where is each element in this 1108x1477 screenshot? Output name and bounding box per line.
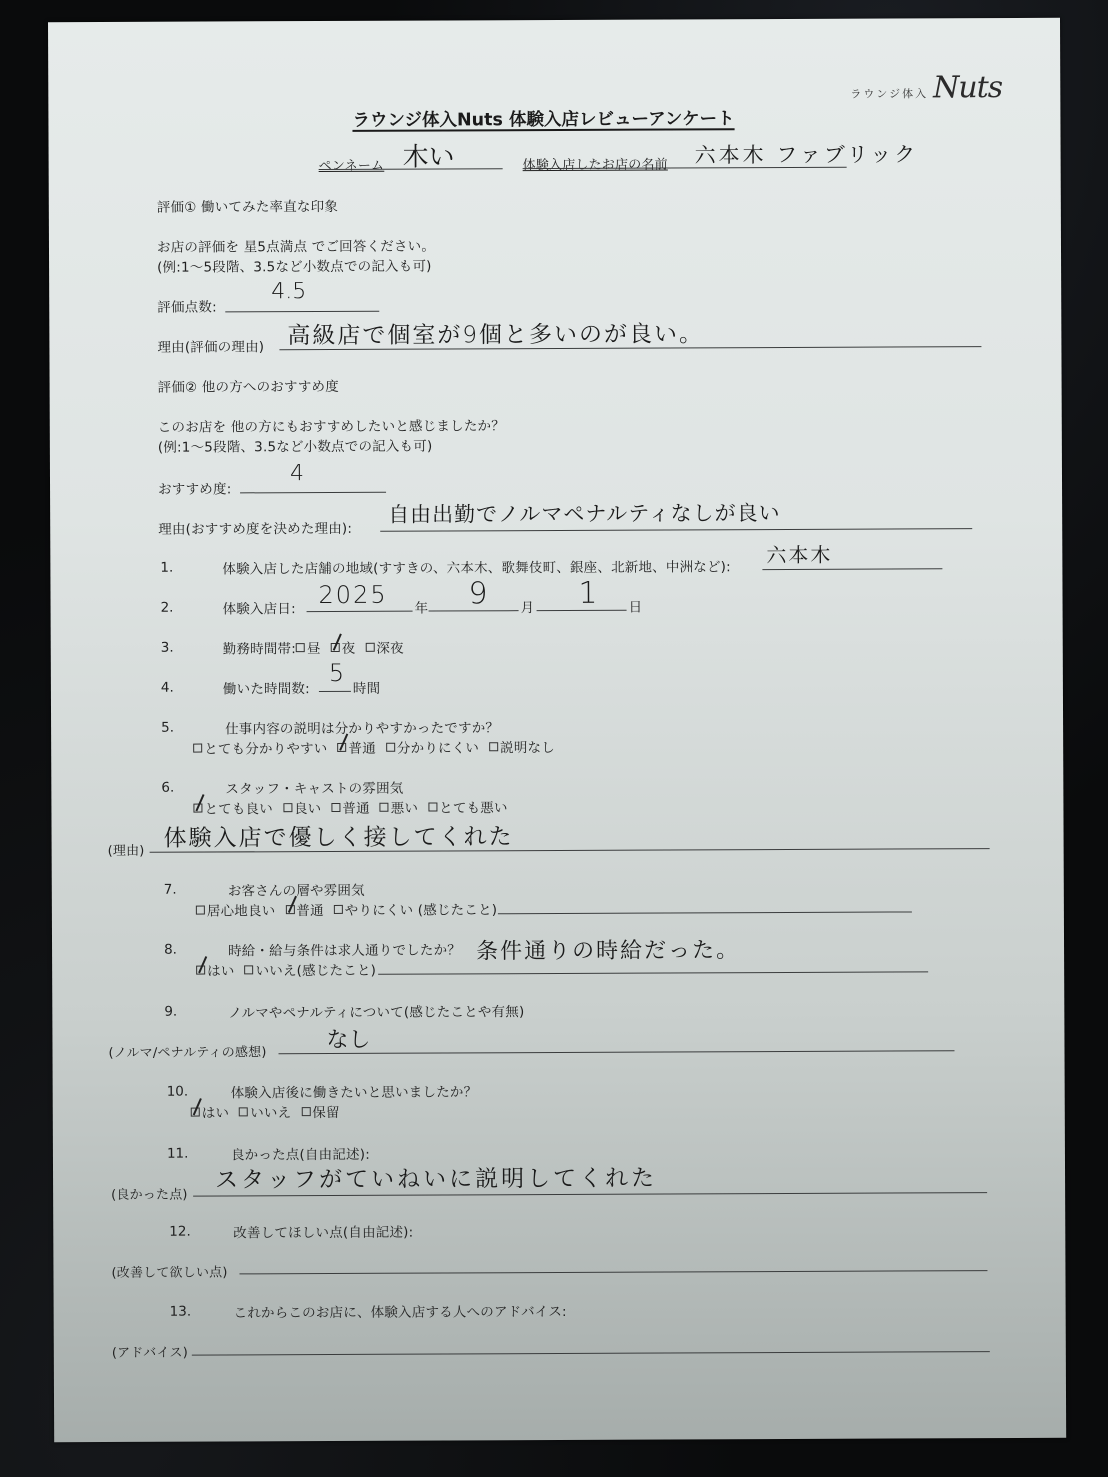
q9-answer-underline bbox=[279, 1050, 955, 1054]
q8-options: はいいいえ(感じたこと) bbox=[196, 959, 376, 980]
q7-checkbox-comfortable[interactable] bbox=[196, 906, 205, 915]
brand-prefix: ラウンジ体入 bbox=[850, 87, 928, 100]
q1-label: 体験入店した店舗の地域(すすきの、六本木、歌舞伎町、銀座、北新地、中洲など): bbox=[222, 555, 731, 577]
q4-unit: 時間 bbox=[353, 677, 380, 697]
q8-comment-label: (感じたこと) bbox=[297, 963, 377, 979]
evaluation2-reason-label: 理由(おすすめ度を決めた理由): bbox=[158, 517, 352, 538]
q10-number: 10. bbox=[167, 1084, 189, 1100]
evaluation1-heading: 評価① 働いてみた率直な印象 bbox=[157, 195, 338, 216]
q10-checkbox-no[interactable] bbox=[239, 1107, 248, 1116]
q5-checkbox-no-explanation[interactable] bbox=[489, 742, 498, 751]
evaluation2-reason-underline bbox=[380, 528, 972, 532]
q6-number: 6. bbox=[161, 780, 174, 796]
q1-number: 1. bbox=[160, 560, 173, 576]
evaluation1-reason-value[interactable]: 高級店で個室が9個と多いのが良い。 bbox=[287, 315, 704, 350]
q3-options: 勤務時間帯:昼夜深夜 bbox=[223, 637, 414, 658]
q5-checkbox-unclear[interactable] bbox=[386, 743, 395, 752]
q3-label: 勤務時間帯: bbox=[223, 641, 296, 657]
evaluation1-reason-label: 理由(評価の理由) bbox=[157, 335, 264, 355]
q8-checkbox-no[interactable] bbox=[245, 965, 254, 974]
evaluation2-reason-value[interactable]: 自由出勤でノルマペナルティなしが良い bbox=[388, 497, 781, 529]
q12-answer-underline bbox=[239, 1270, 987, 1274]
evaluation2-heading: 評価② 他の方へのおすすめ度 bbox=[158, 375, 339, 396]
q8-option-no: いいえ bbox=[256, 963, 297, 979]
q5-option-very-clear: とても分かりやすい bbox=[204, 741, 327, 758]
q5-number: 5. bbox=[161, 720, 174, 736]
pen-name-label: ペンネーム bbox=[319, 155, 385, 174]
evaluation1-instruction: お店の評価を 星5点満点 でご回答ください。 bbox=[157, 235, 435, 256]
q7-checkbox-normal[interactable] bbox=[285, 905, 294, 914]
q1-underline bbox=[762, 568, 942, 570]
recommend-label: おすすめ度: bbox=[158, 477, 231, 497]
q3-checkbox-late-night[interactable] bbox=[365, 643, 374, 652]
evaluation2-example: (例:1～5段階、3.5など小数点での記入も可) bbox=[158, 435, 433, 456]
q7-option-difficult: やりにくい bbox=[345, 903, 414, 919]
q6-checkbox-good[interactable] bbox=[283, 803, 292, 812]
q5-checkbox-very-clear[interactable] bbox=[193, 744, 202, 753]
q3-checkbox-night[interactable] bbox=[331, 643, 340, 652]
q3-option-night: 夜 bbox=[342, 641, 356, 657]
q9-label: ノルマやペナルティについて(感じたことや有無) bbox=[228, 1000, 524, 1021]
evaluation1-example: (例:1～5段階、3.5など小数点での記入も可) bbox=[157, 255, 432, 276]
q2-year[interactable]: 2025 bbox=[318, 581, 387, 609]
score-underline bbox=[225, 311, 379, 313]
brand-script-logo: Nuts bbox=[933, 70, 1002, 105]
q7-comment-underline[interactable] bbox=[498, 911, 912, 914]
q10-label: 体験入店後に働きたいと思いましたか？ bbox=[231, 1080, 478, 1101]
q13-answer-label: (アドバイス) bbox=[112, 1342, 188, 1361]
q5-label: 仕事内容の説明は分かりやすかったですか？ bbox=[225, 716, 499, 737]
q6-reason-value[interactable]: 体験入店で優しく接してくれた bbox=[163, 818, 513, 853]
q10-checkbox-pending[interactable] bbox=[301, 1107, 310, 1116]
q9-answer-label: (ノルマ/ペナルティの感想) bbox=[108, 1041, 266, 1061]
q6-checkbox-bad[interactable] bbox=[380, 803, 389, 812]
q6-reason-label: (理由) bbox=[108, 840, 145, 859]
q9-answer-value[interactable]: なし bbox=[326, 1023, 370, 1054]
q5-option-normal: 普通 bbox=[348, 741, 375, 757]
q11-answer-label: (良かった点) bbox=[111, 1184, 188, 1203]
q2-day[interactable]: 1 bbox=[578, 576, 597, 611]
q2-year-underline bbox=[307, 611, 413, 612]
q11-answer-value[interactable]: スタッフがていねいに説明してくれた bbox=[215, 1160, 657, 1195]
q6-checkbox-normal[interactable] bbox=[331, 803, 340, 812]
q10-checkbox-yes[interactable] bbox=[191, 1108, 200, 1117]
q2-month-unit: 月 bbox=[521, 596, 535, 616]
q4-label: 働いた時間数: bbox=[223, 677, 310, 697]
brand-logo: ラウンジ体入 Nuts bbox=[850, 70, 1002, 106]
q7-options: 居心地良い普通やりにくい (感じたこと) bbox=[196, 898, 497, 919]
store-name-value[interactable]: 六本木 ファブリック bbox=[695, 138, 919, 169]
q2-year-unit: 年 bbox=[415, 597, 429, 617]
q13-label: これからこのお店に、体験入店する人へのアドバイス: bbox=[234, 1300, 567, 1321]
q6-option-bad: 悪い bbox=[391, 801, 418, 817]
q3-number: 3. bbox=[161, 640, 174, 656]
q4-value[interactable]: 5 bbox=[329, 659, 344, 687]
q10-options: はいいいえ保留 bbox=[191, 1101, 350, 1122]
q6-checkbox-very-bad[interactable] bbox=[428, 803, 437, 812]
q2-number: 2. bbox=[161, 600, 174, 616]
q6-option-normal: 普通 bbox=[342, 801, 369, 817]
recommend-underline bbox=[240, 492, 386, 494]
q12-answer-label: (改善して欲しい点) bbox=[111, 1261, 227, 1281]
q13-number: 13. bbox=[170, 1304, 192, 1320]
q5-option-no-explanation: 説明なし bbox=[500, 740, 555, 756]
score-label: 評価点数: bbox=[157, 295, 217, 315]
recommend-value[interactable]: 4 bbox=[290, 461, 304, 486]
q2-month-underline bbox=[429, 610, 519, 611]
q6-option-very-good: とても良い bbox=[204, 801, 273, 817]
q6-option-good: 良い bbox=[294, 801, 321, 817]
q4-underline bbox=[319, 691, 351, 692]
q1-answer[interactable]: 六本木 bbox=[766, 539, 832, 568]
q9-number: 9. bbox=[164, 1004, 177, 1020]
q6-checkbox-very-good[interactable] bbox=[193, 804, 202, 813]
q6-option-very-bad: とても悪い bbox=[439, 800, 508, 816]
q8-comment-underline bbox=[378, 971, 928, 974]
q10-option-pending: 保留 bbox=[312, 1105, 339, 1121]
q7-option-comfortable: 居心地良い bbox=[207, 903, 276, 919]
q8-checkbox-yes[interactable] bbox=[196, 966, 205, 975]
q2-day-underline bbox=[537, 610, 627, 611]
q8-comment-value[interactable]: 条件通りの時給だった。 bbox=[476, 933, 740, 965]
q11-number: 11. bbox=[167, 1146, 189, 1162]
q3-checkbox-day[interactable] bbox=[296, 643, 305, 652]
q2-label: 体験入店日: bbox=[223, 597, 296, 617]
q7-checkbox-difficult[interactable] bbox=[334, 905, 343, 914]
q7-comment-label: (感じたこと) bbox=[418, 902, 498, 918]
q5-checkbox-normal[interactable] bbox=[337, 743, 346, 752]
q6-label: スタッフ・キャストの雰囲気 bbox=[225, 777, 403, 798]
q3-option-day: 昼 bbox=[307, 641, 321, 657]
q6-options: とても良い良い普通悪いとても悪い bbox=[193, 796, 517, 817]
score-value[interactable]: 4.5 bbox=[271, 279, 306, 304]
q12-number: 12. bbox=[169, 1224, 191, 1240]
q3-option-late-night: 深夜 bbox=[376, 641, 403, 657]
q8-option-yes: はい bbox=[207, 963, 234, 979]
q8-number: 8. bbox=[164, 942, 177, 958]
q7-option-normal: 普通 bbox=[296, 903, 323, 919]
store-name-label: 体験入店したお店の名前 bbox=[523, 154, 668, 174]
q5-option-unclear: 分かりにくい bbox=[397, 740, 479, 756]
survey-title: ラウンジ体入Nuts 体験入店レビューアンケート bbox=[352, 105, 734, 132]
q4-number: 4. bbox=[161, 680, 174, 696]
q5-options: とても分かりやすい普通分かりにくい説明なし bbox=[193, 736, 565, 758]
q2-day-unit: 日 bbox=[629, 596, 643, 616]
q8-label: 時給・給与条件は求人通りでしたか？ bbox=[228, 938, 461, 959]
q2-month[interactable]: 9 bbox=[468, 576, 487, 611]
q13-answer-underline bbox=[192, 1351, 990, 1355]
q10-option-no: いいえ bbox=[250, 1105, 291, 1121]
q10-option-yes: はい bbox=[202, 1105, 229, 1121]
survey-sheet: ラウンジ体入 Nuts ラウンジ体入Nuts 体験入店レビューアンケート ペンネ… bbox=[48, 18, 1066, 1442]
q12-label: 改善してほしい点(自由記述): bbox=[233, 1221, 413, 1242]
q7-number: 7. bbox=[164, 882, 177, 898]
evaluation2-instruction: このお店を 他の方にもおすすめしたいと感じましたか？ bbox=[158, 414, 505, 436]
